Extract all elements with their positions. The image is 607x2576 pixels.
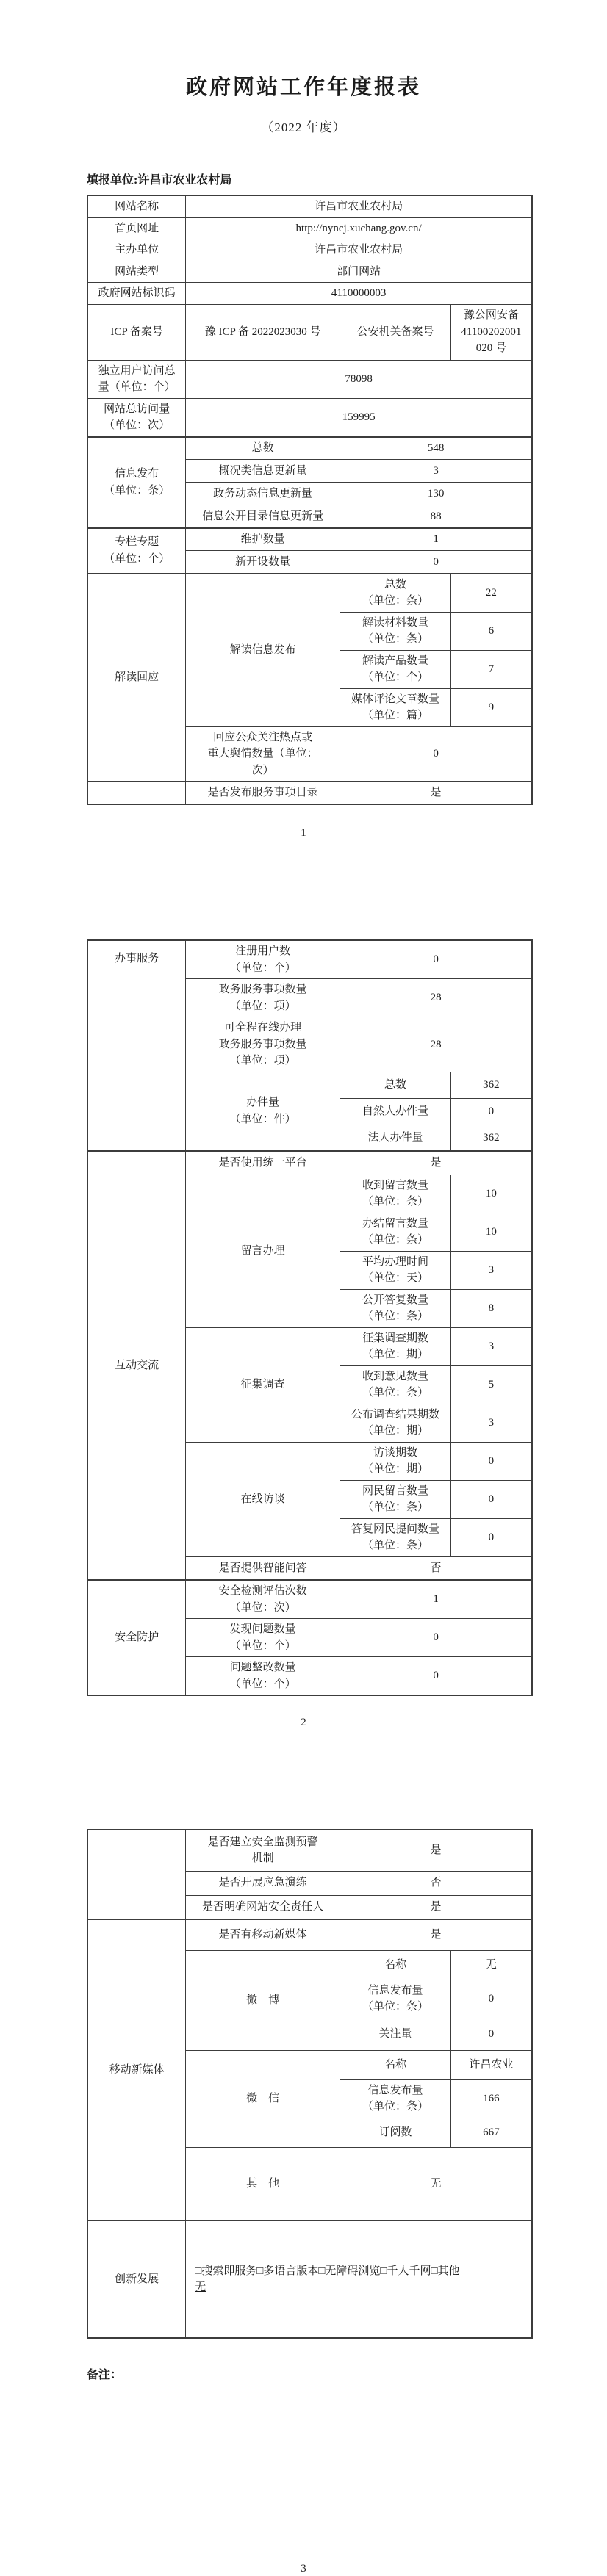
hot-response-label: 回应公众关注热点或重大舆情数量（单位：次） [186, 726, 340, 782]
interview-periods-label: 访谈期数（单位：期） [340, 1442, 451, 1480]
security-officer-label: 是否明确网站安全责任人 [186, 1895, 340, 1919]
survey-group: 征集调查 [186, 1327, 340, 1442]
public-reply-label: 公开答复数量（单位：条） [340, 1289, 451, 1327]
netizen-replies-label: 答复网民提问数量（单位：条） [340, 1518, 451, 1556]
netizen-messages-value: 0 [450, 1480, 532, 1518]
interview-group: 在线访谈 [186, 1442, 340, 1556]
notes-label: 备注： [87, 2365, 607, 2382]
icp-value: 豫 ICP 备 2022023030 号 [186, 304, 340, 360]
host-unit-value: 许昌市农业农村局 [186, 239, 532, 261]
police-filing-label: 公安机关备案号 [340, 304, 451, 360]
page-number-2: 2 [0, 1717, 607, 1729]
page-number-3: 3 [0, 2563, 607, 2575]
homepage-url-value: http://nyncj.xuchang.gov.cn/ [186, 217, 532, 239]
weibo-followers-label: 关注量 [340, 2018, 451, 2050]
interp-material-value: 6 [450, 612, 532, 650]
wechat-posts-label: 信息发布量（单位：条） [340, 2079, 451, 2118]
overview-update-value: 3 [340, 460, 532, 483]
site-code-label: 政府网站标识码 [87, 283, 186, 305]
security-check-value: 1 [340, 1580, 532, 1619]
interp-total-value: 22 [450, 574, 532, 613]
page1-grid: 网站名称许昌市农业农村局首页网址http://nyncj.xuchang.gov… [87, 195, 533, 805]
maintained-count-value: 1 [340, 528, 532, 551]
weibo-posts-label: 信息发布量（单位：条） [340, 1980, 451, 2018]
empty-group-cell [87, 1830, 186, 1919]
website-type-value: 部门网站 [186, 261, 532, 283]
icp-label: ICP 备案号 [87, 304, 186, 360]
weibo-posts-value: 0 [450, 1980, 532, 2018]
registered-users-value: 0 [340, 940, 532, 979]
other-media-value: 无 [340, 2147, 532, 2220]
page3-grid: 是否建立安全监测预警机制是是否开展应急演练否是否明确网站安全责任人是移动新媒体是… [87, 1829, 533, 2339]
gov-news-update-label: 政务动态信息更新量 [186, 483, 340, 505]
other-media-label: 其 他 [186, 2147, 340, 2220]
completed-messages-value: 10 [450, 1213, 532, 1251]
survey-results-label: 公布调查结果期数（单位：期） [340, 1404, 451, 1442]
security-check-label: 安全检测评估次数（单位：次） [186, 1580, 340, 1619]
service-items-value: 28 [340, 979, 532, 1017]
netizen-replies-value: 0 [450, 1518, 532, 1556]
website-type-label: 网站类型 [87, 261, 186, 283]
annual-report-table-page2: 办事服务注册用户数（单位：个）0政务服务事项数量（单位：项）28可全程在线办理政… [87, 939, 533, 1696]
unified-platform-value: 是 [340, 1151, 532, 1175]
page2-grid: 办事服务注册用户数（单位：个）0政务服务事项数量（单位：项）28可全程在线办理政… [87, 939, 533, 1696]
website-name-value: 许昌市农业农村局 [186, 195, 532, 217]
received-messages-value: 10 [450, 1175, 532, 1213]
survey-periods-label: 征集调查期数（单位：期） [340, 1327, 451, 1365]
emergency-drill-label: 是否开展应急演练 [186, 1871, 340, 1895]
innovation-options: □搜索即服务□多语言版本□无障碍浏览□千人千网□其他无 [186, 2220, 532, 2338]
page-number-1: 1 [0, 827, 607, 840]
netizen-messages-label: 网民留言数量（单位：条） [340, 1480, 451, 1518]
online-service-items-label: 可全程在线办理政务服务事项数量（单位：项） [186, 1017, 340, 1072]
info-total-value: 548 [340, 437, 532, 460]
problems-fixed-label: 问题整改数量（单位：个） [186, 1657, 340, 1696]
service-catalog-label: 是否发布服务事项目录 [186, 782, 340, 804]
unique-visitors-label: 独立用户访问总量（单位：个） [87, 360, 186, 398]
new-opened-value: 0 [340, 551, 532, 574]
wechat-name-value: 许昌农业 [450, 2050, 532, 2079]
received-messages-label: 收到留言数量（单位：条） [340, 1175, 451, 1213]
legal-person-cases-label: 法人办件量 [340, 1125, 451, 1151]
annual-report-table-page3: 是否建立安全监测预警机制是是否开展应急演练否是否明确网站安全责任人是移动新媒体是… [87, 1829, 533, 2339]
annual-report-table-page1: 网站名称许昌市农业农村局首页网址http://nyncj.xuchang.gov… [87, 195, 533, 805]
legal-person-cases-value: 362 [450, 1125, 532, 1151]
problems-fixed-value: 0 [340, 1657, 532, 1696]
smart-qa-value: 否 [340, 1556, 532, 1580]
interp-total-label: 总数（单位：条） [340, 574, 451, 613]
case-volume-group: 办件量（单位：件） [186, 1072, 340, 1151]
problems-found-value: 0 [340, 1619, 532, 1657]
report-subtitle: （2022 年度） [0, 117, 607, 135]
weibo-followers-value: 0 [450, 2018, 532, 2050]
monitoring-mechanism-label: 是否建立安全监测预警机制 [186, 1830, 340, 1871]
service-catalog-value: 是 [340, 782, 532, 804]
wechat-posts-value: 166 [450, 2079, 532, 2118]
hot-response-value: 0 [340, 726, 532, 782]
interpretation-publish-group: 解读信息发布 [186, 574, 340, 727]
interp-material-label: 解读材料数量（单位：条） [340, 612, 451, 650]
weibo-group: 微 博 [186, 1950, 340, 2050]
service-group: 办事服务 [87, 940, 186, 1151]
total-visits-value: 159995 [186, 398, 532, 437]
public-reply-value: 8 [450, 1289, 532, 1327]
emergency-drill-value: 否 [340, 1871, 532, 1895]
interaction-group: 互动交流 [87, 1151, 186, 1580]
disclosure-update-value: 88 [340, 505, 532, 528]
unique-visitors-value: 78098 [186, 360, 532, 398]
overview-update-label: 概况类信息更新量 [186, 460, 340, 483]
security-officer-value: 是 [340, 1895, 532, 1919]
case-total-label: 总数 [340, 1072, 451, 1098]
mobile-media-group: 移动新媒体 [87, 1919, 186, 2220]
wechat-subscribers-value: 667 [450, 2118, 532, 2147]
smart-qa-label: 是否提供智能问答 [186, 1556, 340, 1580]
wechat-group: 微 信 [186, 2050, 340, 2147]
info-publish-group: 信息发布（单位：条） [87, 437, 186, 528]
media-comment-label: 媒体评论文章数量（单位：篇） [340, 688, 451, 726]
disclosure-update-label: 信息公开目录信息更新量 [186, 505, 340, 528]
empty-group-cell [87, 782, 186, 804]
homepage-url-label: 首页网址 [87, 217, 186, 239]
service-items-label: 政务服务事项数量（单位：项） [186, 979, 340, 1017]
interp-product-label: 解读产品数量（单位：个） [340, 650, 451, 688]
wechat-subscribers-label: 订阅数 [340, 2118, 451, 2147]
online-service-items-value: 28 [340, 1017, 532, 1072]
survey-results-value: 3 [450, 1404, 532, 1442]
maintained-count-label: 维护数量 [186, 528, 340, 551]
site-code-value: 4110000003 [186, 283, 532, 305]
total-visits-label: 网站总访问量（单位：次） [87, 398, 186, 437]
interpretation-group: 解读回应 [87, 574, 186, 782]
monitoring-mechanism-value: 是 [340, 1830, 532, 1871]
has-mobile-media-label: 是否有移动新媒体 [186, 1919, 340, 1950]
opinions-received-value: 5 [450, 1365, 532, 1404]
gov-news-update-value: 130 [340, 483, 532, 505]
police-filing-value: 豫公网安备41100202001020 号 [450, 304, 532, 360]
host-unit-label: 主办单位 [87, 239, 186, 261]
innovation-label: 创新发展 [87, 2220, 186, 2338]
website-name-label: 网站名称 [87, 195, 186, 217]
survey-periods-value: 3 [450, 1327, 532, 1365]
natural-person-cases-value: 0 [450, 1098, 532, 1125]
completed-messages-label: 办结留言数量（单位：条） [340, 1213, 451, 1251]
report-title: 政府网站工作年度报表 [0, 71, 607, 101]
interview-periods-value: 0 [450, 1442, 532, 1480]
opinions-received-label: 收到意见数量（单位：条） [340, 1365, 451, 1404]
wechat-name-label: 名称 [340, 2050, 451, 2079]
new-opened-label: 新开设数量 [186, 551, 340, 574]
avg-handling-time-value: 3 [450, 1251, 532, 1289]
interp-product-value: 7 [450, 650, 532, 688]
info-total-label: 总数 [186, 437, 340, 460]
filing-unit: 填报单位:许昌市农业农村局 [87, 170, 607, 187]
weibo-name-label: 名称 [340, 1950, 451, 1980]
unified-platform-label: 是否使用统一平台 [186, 1151, 340, 1175]
registered-users-label: 注册用户数（单位：个） [186, 940, 340, 979]
case-total-value: 362 [450, 1072, 532, 1098]
special-column-group: 专栏专题（单位：个） [87, 528, 186, 574]
avg-handling-time-label: 平均办理时间（单位：天） [340, 1251, 451, 1289]
weibo-name-value: 无 [450, 1950, 532, 1980]
underlined-answer: 无 [195, 2281, 206, 2293]
has-mobile-media-value: 是 [340, 1919, 532, 1950]
media-comment-value: 9 [450, 688, 532, 726]
security-group: 安全防护 [87, 1580, 186, 1695]
message-handling-group: 留言办理 [186, 1175, 340, 1327]
natural-person-cases-label: 自然人办件量 [340, 1098, 451, 1125]
problems-found-label: 发现问题数量（单位：个） [186, 1619, 340, 1657]
